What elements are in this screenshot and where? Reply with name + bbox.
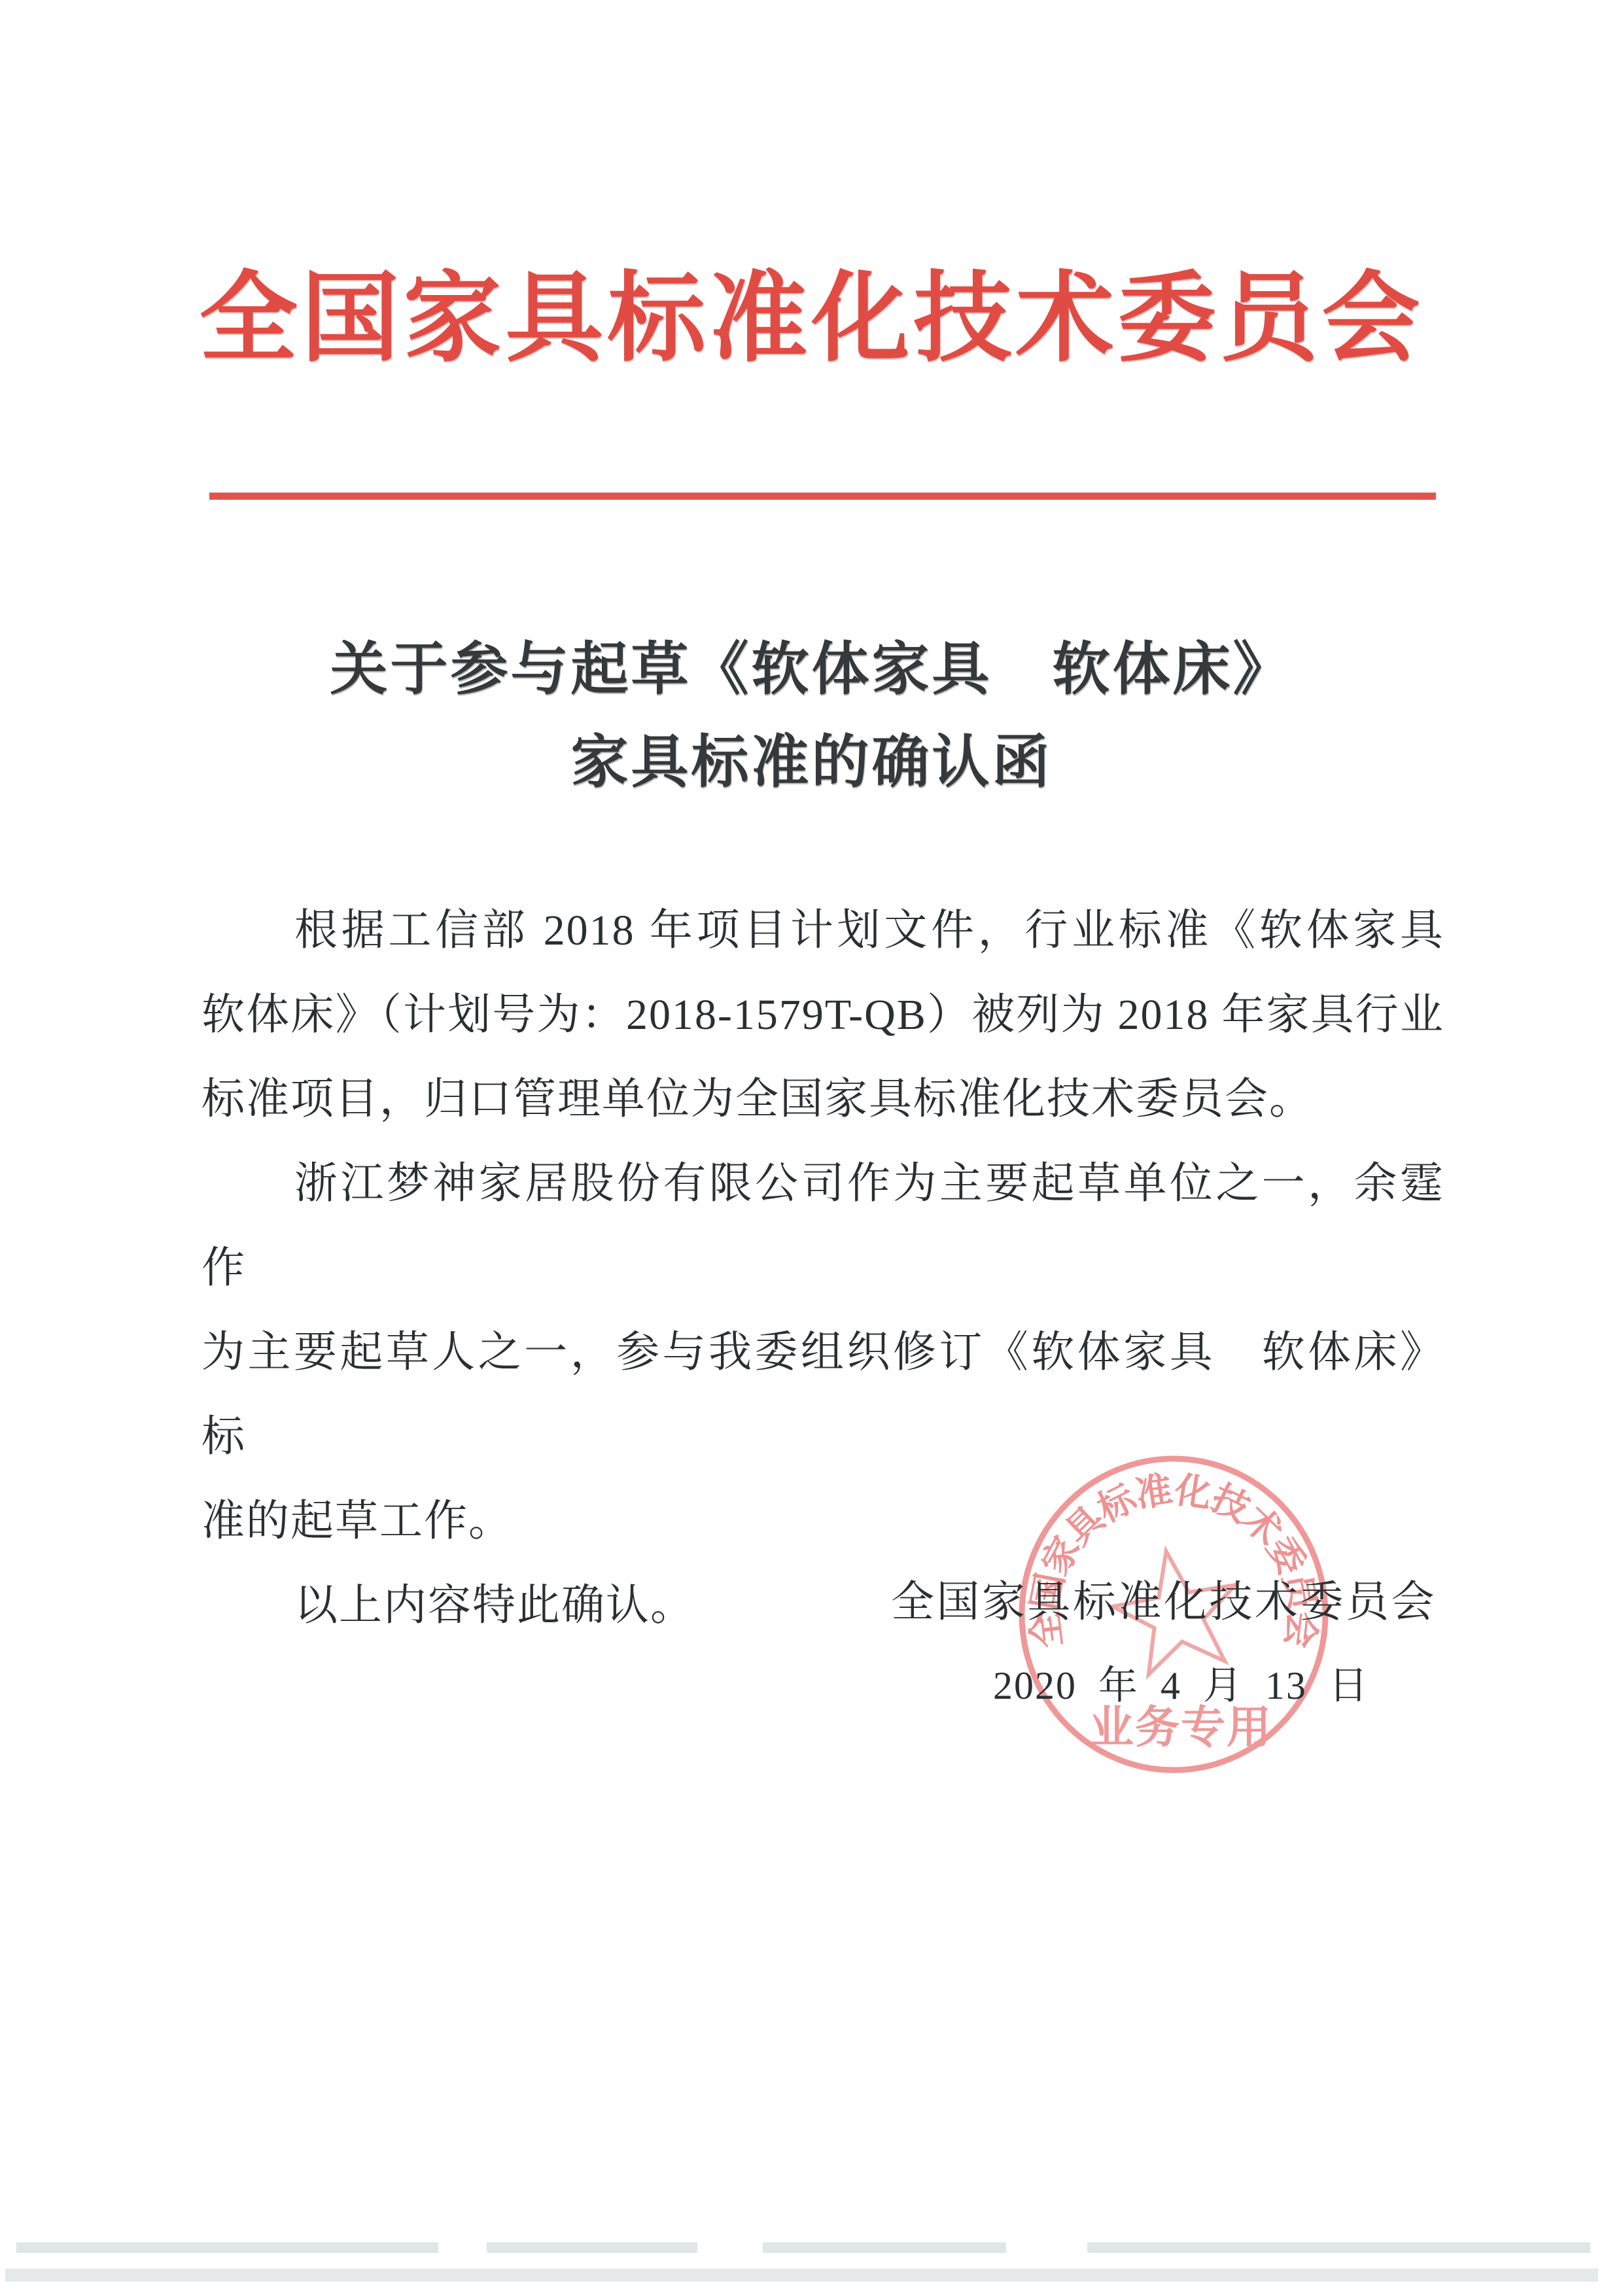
- signature-date: 2020 年 4 月 13 日: [993, 1664, 1369, 1707]
- body-line: 标准项目，归口管理单位为全国家具标准化技术委员会。: [201, 1057, 1444, 1141]
- body-line: 根据工信部 2018 年项目计划文件，行业标准《软体家具: [201, 888, 1444, 973]
- body-line: 浙江梦神家居股份有限公司作为主要起草单位之一，余霆作: [201, 1141, 1444, 1310]
- scan-artifact-dashes: [0, 2242, 1623, 2253]
- letterhead-org-title: 全国家具标准化技术委员会: [0, 264, 1623, 374]
- document-title-line-2: 家具标准的确认函: [0, 716, 1623, 809]
- letterhead-divider: [209, 493, 1436, 500]
- scan-artifact-band: [5, 2269, 1598, 2282]
- document-page: 全国家具标准化技术委员会 关于参与起草《软体家具 软体床》 家具标准的确认函 根…: [0, 0, 1623, 2296]
- body-line: 软体床》（计划号为：2018-1579T-QB）被列为 2018 年家具行业: [201, 973, 1444, 1057]
- signature-org: 全国家具标准化技术委员会: [891, 1579, 1437, 1626]
- seal-arc-char: 准: [1133, 1470, 1176, 1516]
- document-title: 关于参与起草《软体家具 软体床》 家具标准的确认函: [0, 623, 1623, 809]
- seal-bottom-text: 业务专用: [1089, 1703, 1272, 1752]
- document-title-line-1: 关于参与起草《软体家具 软体床》: [0, 623, 1623, 716]
